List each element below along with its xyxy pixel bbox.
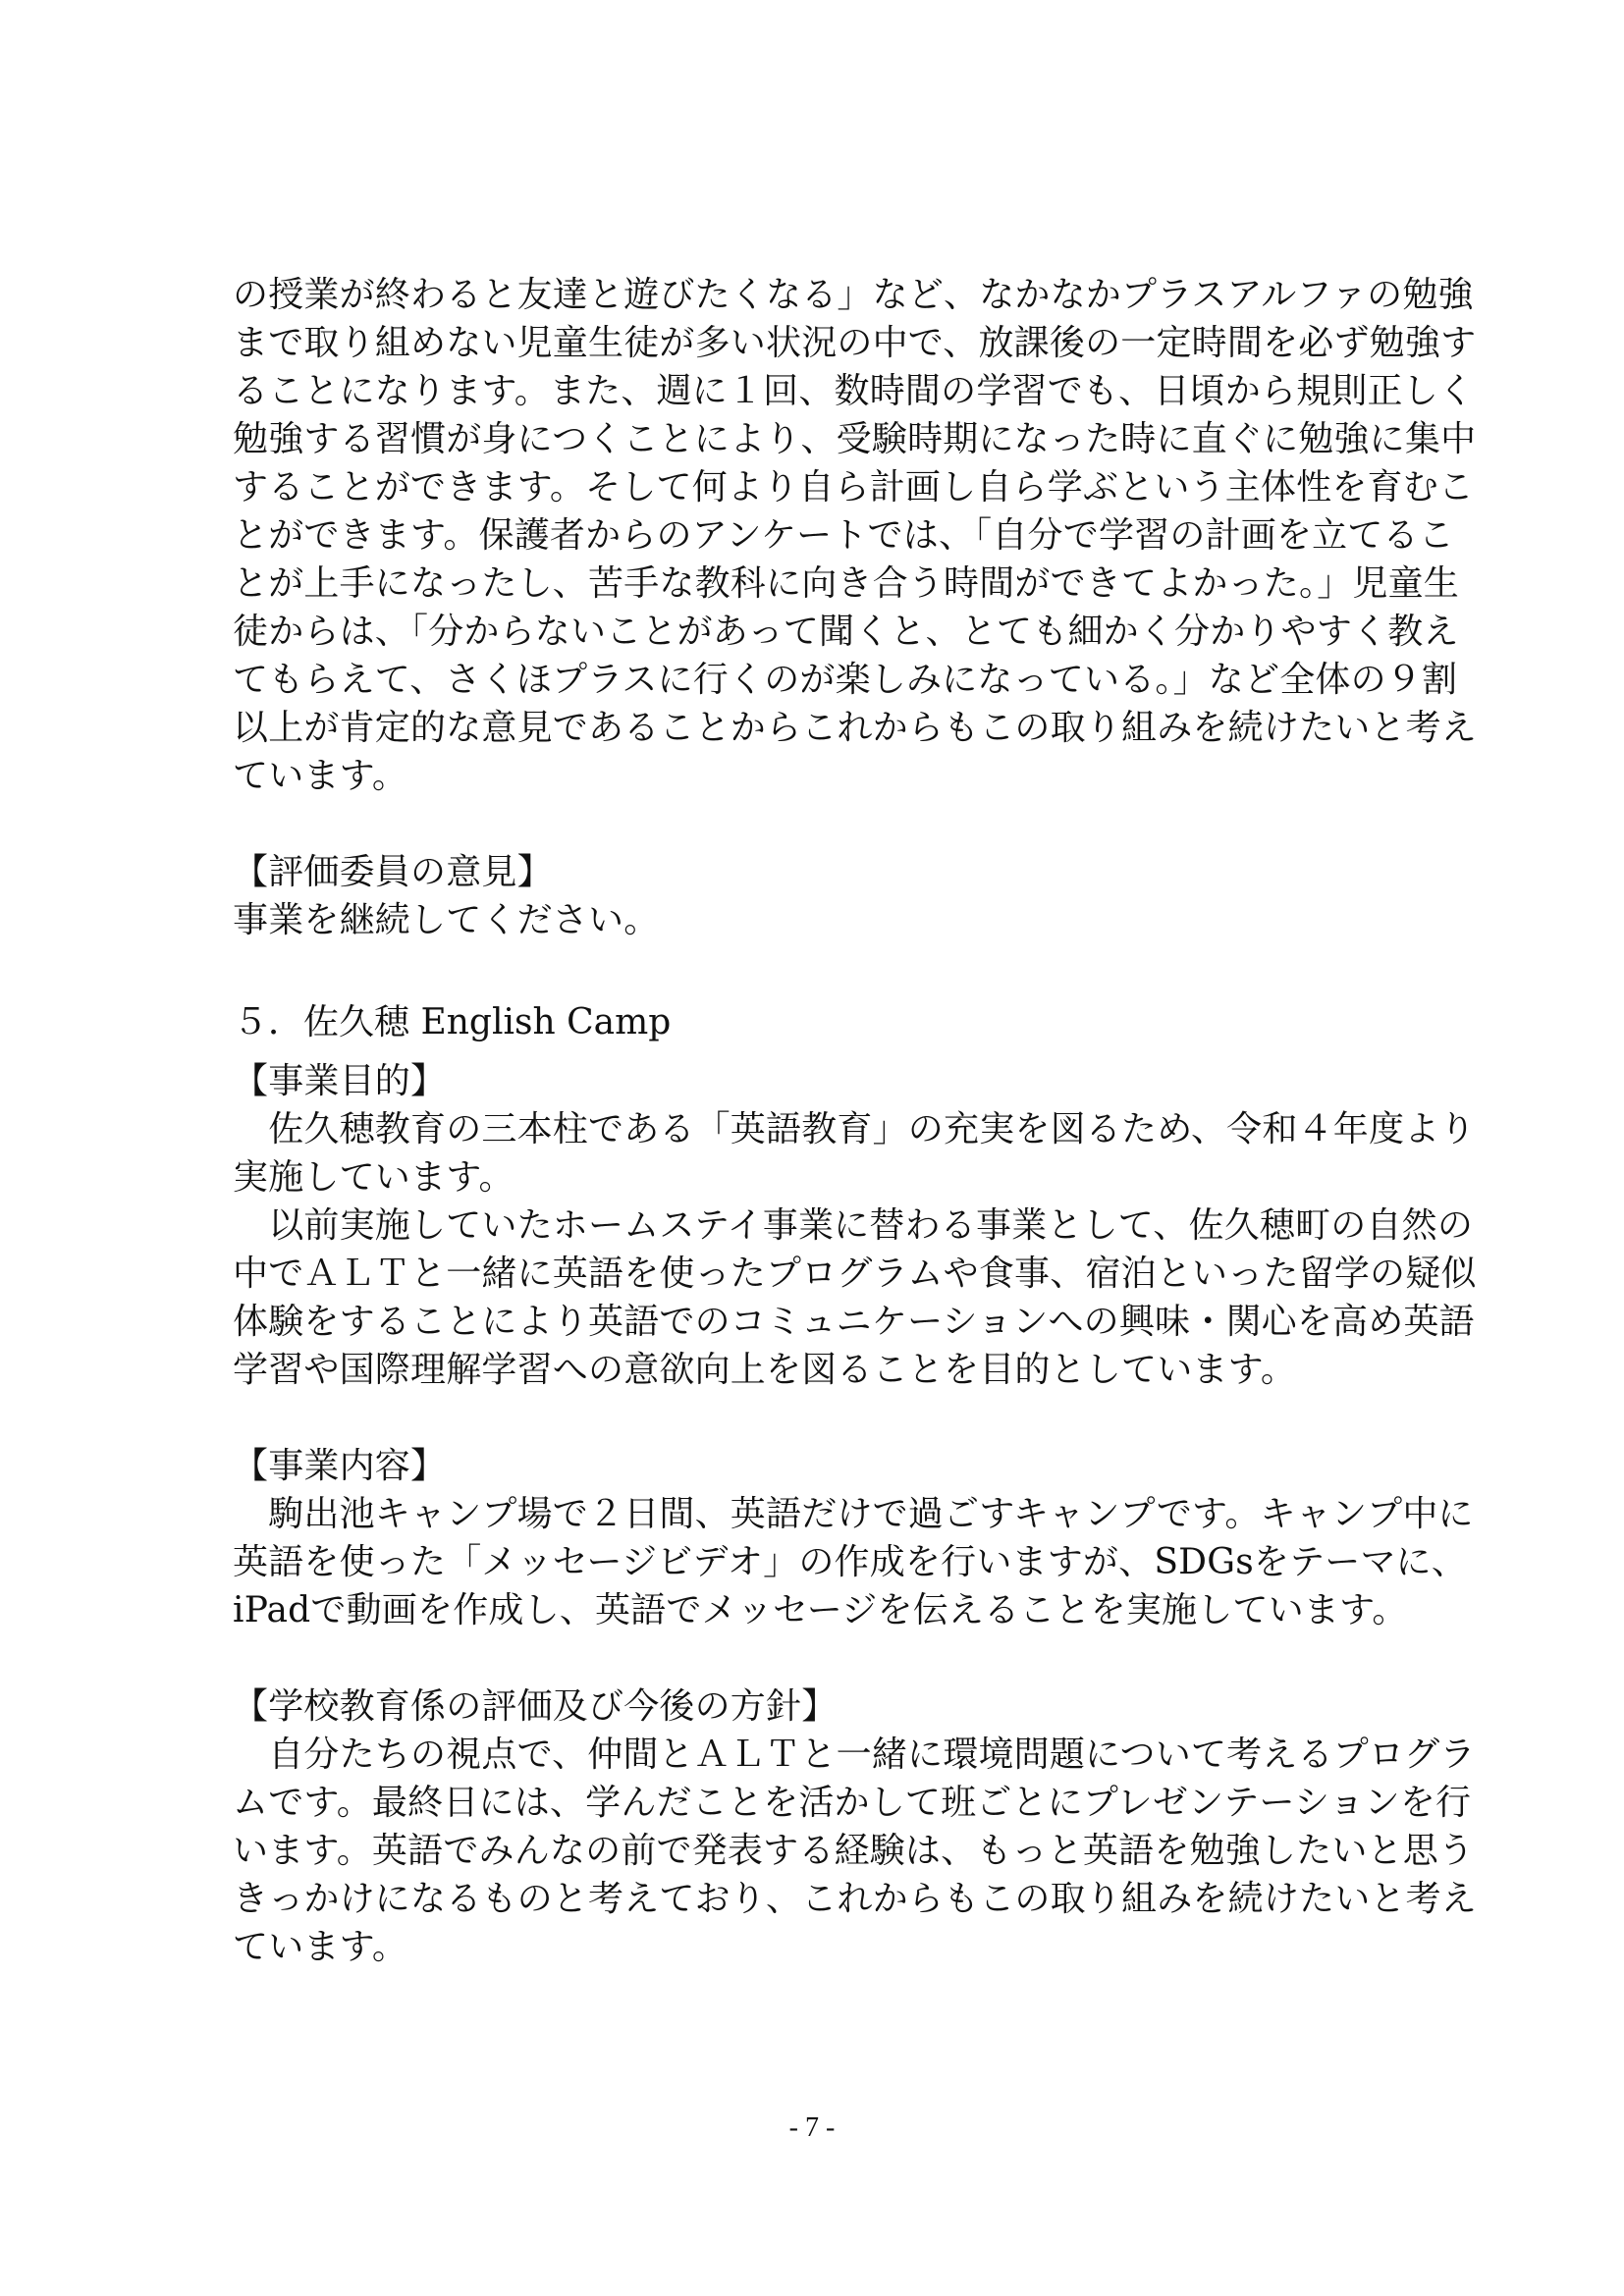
text-line: ることになります。また、週に１回、数時間の学習でも、日頃から規則正しく [233,367,1391,415]
page-number: - 7 - [0,2112,1624,2144]
text-line: てもらえて、さくほプラスに行くのが楽しみになっている。」など全体の９割 [233,656,1391,704]
text-line: ムです。最終日には、学んだことを活かして班ごとにプレゼンテーションを行 [233,1779,1391,1827]
policy-block: 【学校教育係の評価及び今後の方針】 自分たちの視点で、仲間とＡＬＴと一緒に環境問… [233,1682,1391,1971]
document-page: の授業が終わると友達と遊びたくなる」など、なかなかプラスアルファの勉強 まで取り… [233,271,1391,1971]
text-line: まで取り組めない児童生徒が多い状況の中で、放課後の一定時間を必ず勉強す [233,319,1391,367]
purpose-heading: 【事業目的】 [233,1057,1391,1105]
text-line: とができます。保護者からのアンケートでは、「自分で学習の計画を立てるこ [233,511,1391,560]
text-line: することができます。そして何より自ら計画し自ら学ぶという主体性を育むこ [233,463,1391,511]
spacer [233,1394,1391,1442]
evaluation-heading: 【評価委員の意見】 [233,848,1391,896]
spacer [233,800,1391,848]
text-line: iPadで動画を作成し、英語でメッセージを伝えることを実施しています。 [233,1586,1391,1634]
text-line: 佐久穂教育の三本柱である「英語教育」の充実を図るため、令和４年度より [233,1105,1391,1153]
text-line: 中でＡＬＴと一緒に英語を使ったプログラムや食事、宿泊といった留学の疑似 [233,1250,1391,1298]
spacer [233,944,1391,992]
text-line: 駒出池キャンプ場で２日間、英語だけで過ごすキャンプです。キャンプ中に [233,1490,1391,1538]
text-line: ています。 [233,752,1391,800]
section4-continued-paragraph: の授業が終わると友達と遊びたくなる」など、なかなかプラスアルファの勉強 まで取り… [233,271,1391,800]
text-line: きっかけになるものと考えており、これからもこの取り組みを続けたいと考え [233,1875,1391,1923]
content-heading: 【事業内容】 [233,1442,1391,1490]
policy-heading: 【学校教育係の評価及び今後の方針】 [233,1682,1391,1731]
text-line: います。英語でみんなの前で発表する経験は、もっと英語を勉強したいと思う [233,1827,1391,1875]
text-line: 体験をすることにより英語でのコミュニケーションへの興味・関心を高め英語 [233,1298,1391,1346]
text-line: の授業が終わると友達と遊びたくなる」など、なかなかプラスアルファの勉強 [233,271,1391,319]
text-line: とが上手になったし、苦手な教科に向き合う時間ができてよかった。」児童生 [233,560,1391,608]
text-line: 以前実施していたホームステイ事業に替わる事業として、佐久穂町の自然の [233,1201,1391,1250]
evaluation-block: 【評価委員の意見】 事業を継続してください。 [233,848,1391,944]
text-line: 英語を使った「メッセージビデオ」の作成を行いますが、SDGsをテーマに、 [233,1538,1391,1586]
text-line: ています。 [233,1923,1391,1971]
purpose-block: 【事業目的】 佐久穂教育の三本柱である「英語教育」の充実を図るため、令和４年度よ… [233,1057,1391,1394]
section5-title: ５．佐久穂 English Camp [233,992,1391,1057]
text-line: 勉強する習慣が身につくことにより、受験時期になった時に直ぐに勉強に集中 [233,415,1391,463]
evaluation-text: 事業を継続してください。 [233,896,1391,944]
text-line: 学習や国際理解学習への意欲向上を図ることを目的としています。 [233,1346,1391,1394]
text-line: 徒からは、「分からないことがあって聞くと、とても細かく分かりやすく教え [233,608,1391,656]
text-line: 自分たちの視点で、仲間とＡＬＴと一緒に環境問題について考えるプログラ [233,1731,1391,1779]
content-block: 【事業内容】 駒出池キャンプ場で２日間、英語だけで過ごすキャンプです。キャンプ中… [233,1442,1391,1634]
text-line: 実施しています。 [233,1153,1391,1201]
text-line: 以上が肯定的な意見であることからこれからもこの取り組みを続けたいと考え [233,704,1391,752]
spacer [233,1634,1391,1682]
